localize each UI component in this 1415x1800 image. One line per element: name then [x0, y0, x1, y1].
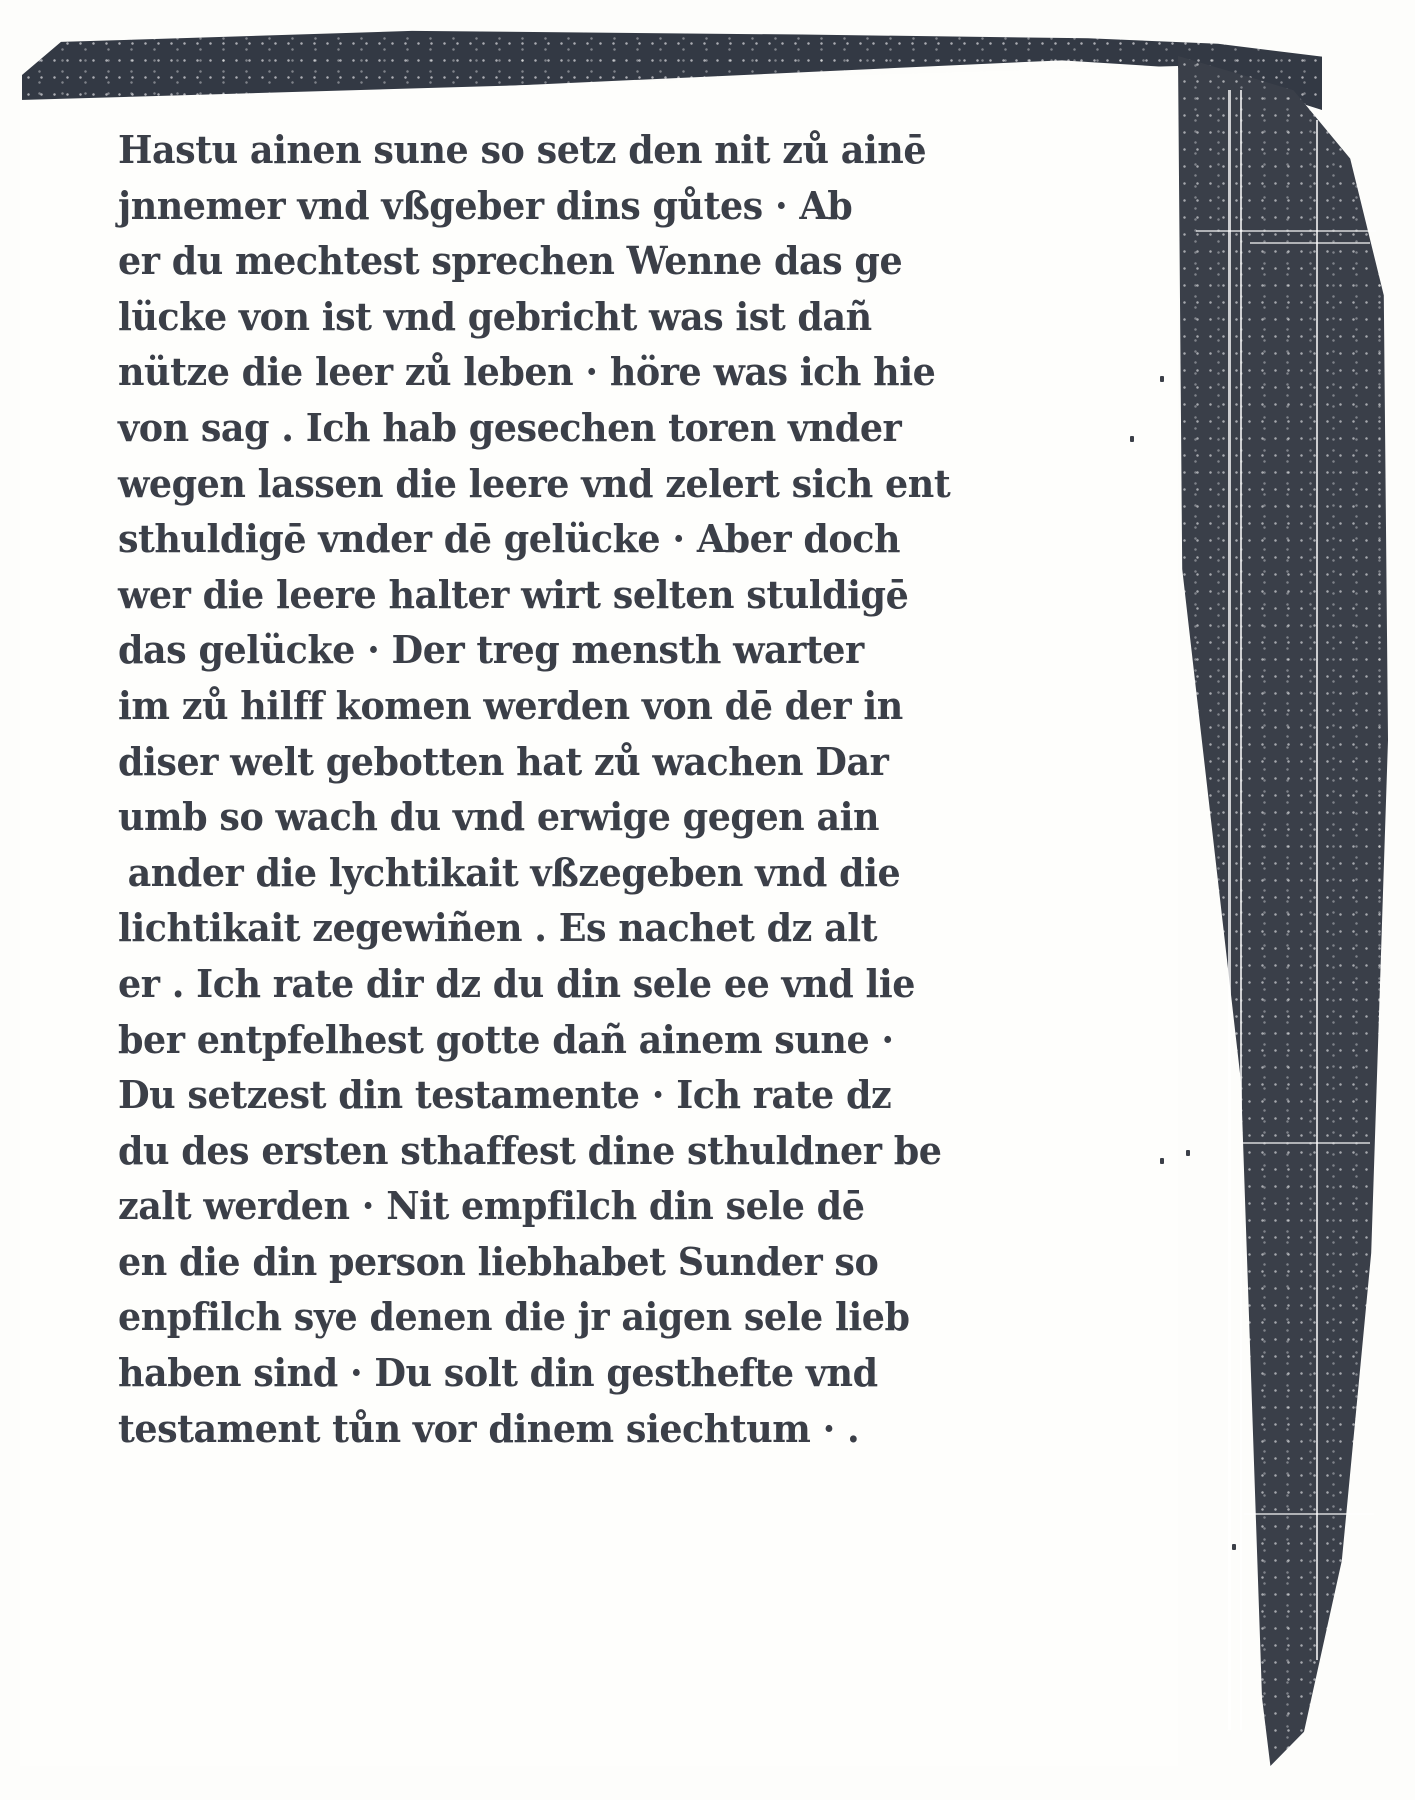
text-line: jnnemer vnd vßgeber dins gůtes · Ab	[118, 178, 1001, 234]
scan-speck	[1232, 1544, 1236, 1550]
text-line: lichtikait zegewiñen . Es nachet dz alt	[118, 900, 1001, 956]
text-line: er du mechtest sprechen Wenne das ge	[118, 233, 1001, 289]
binding-rule-line	[1240, 90, 1242, 1730]
binding-rule-line	[1250, 242, 1370, 244]
text-line: er . Ich rate dir dz du din sele ee vnd …	[118, 956, 1001, 1012]
speckle-noise	[1178, 56, 1388, 1766]
scan-speck	[1160, 1158, 1164, 1164]
text-line: im zů hilff komen werden von dē der in	[118, 678, 1001, 734]
binding-rule-line	[1316, 120, 1318, 1660]
text-line: Hastu ainen sune so setz den nit zů ainē	[118, 122, 1001, 178]
text-line: sthuldigē vnder dē gelücke · Aber doch	[118, 511, 1001, 567]
text-line: von sag . Ich hab gesechen toren vnder	[118, 400, 1001, 456]
text-line: testament tůn vor dinem siechtum · .	[118, 1401, 1001, 1457]
binding-rule-line	[1228, 90, 1231, 1730]
text-line: zalt werden · Nit empfilch din sele dē	[118, 1178, 1001, 1234]
scanned-page: Hastu ainen sune so setz den nit zů ainē…	[0, 0, 1415, 1800]
text-line: wer die leere halter wirt selten stuldig…	[118, 567, 1001, 623]
text-line: wegen lassen die leere vnd zelert sich e…	[118, 456, 1001, 512]
binding-rule-line	[1196, 230, 1376, 232]
scan-speck	[1160, 376, 1164, 382]
scan-speck	[1130, 436, 1134, 442]
text-line: haben sind · Du solt din gesthefte vnd	[118, 1345, 1001, 1401]
text-line: umb so wach du vnd erwige gegen ain	[118, 789, 1001, 845]
blackletter-text-block: Hastu ainen sune so setz den nit zů ainē…	[118, 122, 1038, 1456]
binding-rule-line	[1240, 1142, 1370, 1144]
text-line: diser welt gebotten hat zů wachen Dar	[118, 734, 1001, 790]
text-line: das gelücke · Der treg mensth warter	[118, 622, 1001, 678]
binding-rule-line	[1244, 1513, 1374, 1515]
scan-speck	[1186, 1150, 1190, 1156]
text-line: enpfilch sye denen die jr aigen sele lie…	[118, 1289, 1001, 1345]
text-line: du des ersten sthaffest dine sthuldner b…	[118, 1123, 1001, 1179]
text-line: Du setzest din testamente · Ich rate dz	[118, 1067, 1001, 1123]
photocopy-shadow-right	[1178, 56, 1388, 1766]
text-line: lücke von ist vnd gebricht was ist dañ	[118, 289, 1001, 345]
text-line: nütze die leer zů leben · höre was ich h…	[118, 344, 1001, 400]
text-line: en die din person liebhabet Sunder so	[118, 1234, 1001, 1290]
text-line: ander die lychtikait vßzegeben vnd die	[118, 845, 1001, 901]
text-line: ber entpfelhest gotte dañ ainem sune ·	[118, 1012, 1001, 1068]
